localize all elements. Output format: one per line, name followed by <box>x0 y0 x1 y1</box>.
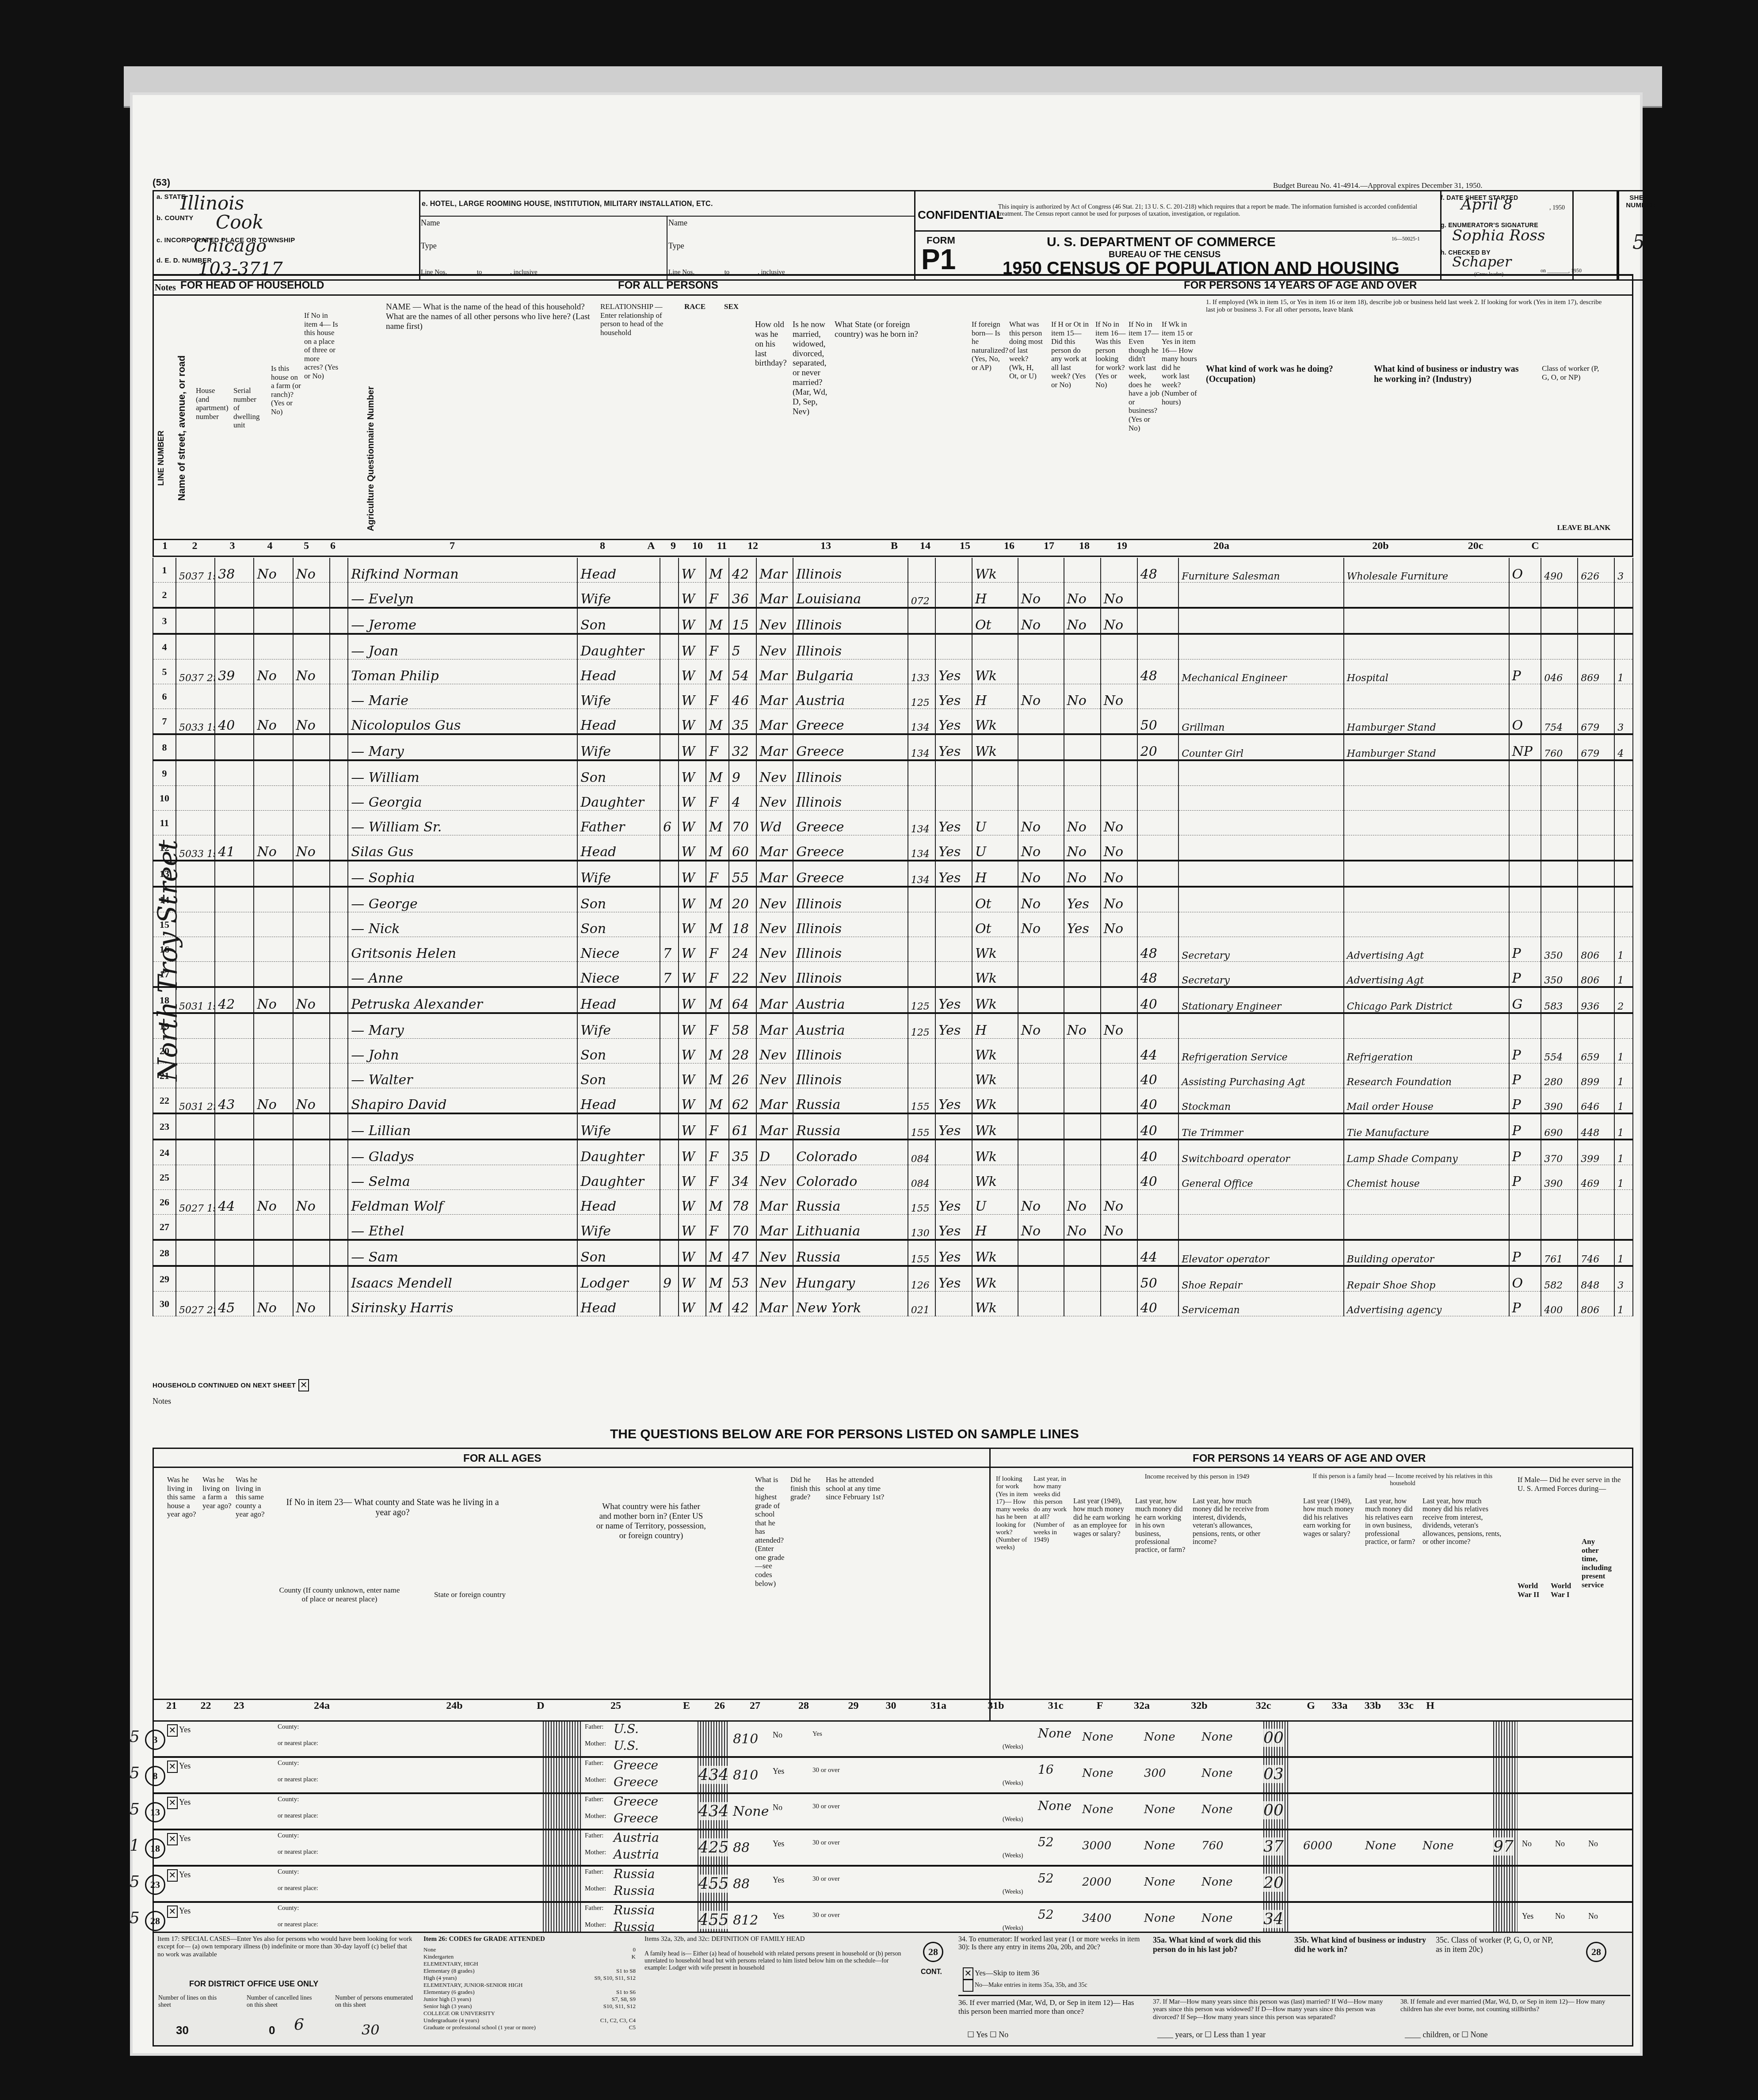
agri-number <box>330 1013 348 1039</box>
name-label: Name <box>421 218 440 228</box>
col-num: 9 <box>660 540 686 552</box>
marital-status: Mar <box>756 709 793 735</box>
code-c3 <box>1614 583 1633 608</box>
q18-has-job <box>1101 1113 1137 1140</box>
age: 70 <box>729 1215 756 1240</box>
serial-number <box>215 1165 254 1190</box>
work-instructions: 1. If employed (Wk in item 15, or Yes in… <box>1206 299 1604 314</box>
cancelled-lines-label: Number of cancelled lines on this sheet <box>247 1995 317 2009</box>
serial-number: 45 <box>215 1292 254 1316</box>
naturalized <box>935 1039 972 1063</box>
col-num: 20b <box>1301 540 1460 552</box>
industry <box>1344 912 1509 937</box>
line-number: 25 <box>153 1165 176 1190</box>
table-row: 27 — Ethel Wife W F 70 Mar Lithuania 130… <box>153 1215 1633 1240</box>
budget-note: Budget Bureau No. 41-4914.—Approval expi… <box>1273 181 1483 190</box>
col-header-sex: SEX <box>724 302 751 311</box>
marital-status: Mar <box>756 861 793 887</box>
leave-blank-a <box>660 1140 679 1165</box>
q17-looking <box>1064 1039 1101 1063</box>
leave-blank-b: 134 <box>908 734 935 760</box>
q16-any-work: No <box>1018 835 1064 861</box>
q16-any-work <box>1018 1240 1064 1266</box>
date-value: April 8 <box>1461 196 1513 213</box>
agri-number <box>330 760 348 786</box>
sex: F <box>706 1113 729 1140</box>
q16-any-work <box>1018 659 1064 684</box>
weeks-worked: 52 <box>1038 1871 1054 1886</box>
industry: Hamburger Stand <box>1344 734 1509 760</box>
col-num: 20c <box>1460 540 1491 552</box>
marital-status: Nev <box>756 1240 793 1266</box>
q18-has-job <box>1101 760 1137 786</box>
naturalized: Yes <box>935 835 972 861</box>
table-row: 25 — Selma Daughter W F 34 Nev Colorado … <box>153 1165 1633 1190</box>
leave-blank-a <box>660 1113 679 1140</box>
race: W <box>679 861 706 887</box>
leave-blank-b <box>908 558 935 583</box>
code-c2: 679 <box>1578 734 1614 760</box>
industry: Hamburger Stand <box>1344 709 1509 735</box>
code-c2: 679 <box>1578 709 1614 735</box>
col-num: 2 <box>176 540 214 552</box>
sample-mark: 5 <box>130 1728 140 1746</box>
agri-number <box>330 734 348 760</box>
occupation <box>1178 634 1344 659</box>
special-cases-note: Item 17: SPECIAL CASES—Enter Yes also fo… <box>157 1936 414 1959</box>
leave-blank-b <box>908 786 935 811</box>
activity <box>972 786 1018 811</box>
occupation <box>1178 887 1344 912</box>
relationship: Wife <box>577 1013 660 1039</box>
relationship: Son <box>577 1039 660 1063</box>
table-row: 3 — Jerome Son W M 15 Nev Illinois Ot No… <box>153 608 1633 634</box>
leave-blank-a <box>660 558 679 583</box>
serial-number <box>215 1240 254 1266</box>
col-header-q17: If No in item 16— Was this person lookin… <box>1095 320 1126 389</box>
hours: 40 <box>1137 1140 1178 1165</box>
birthplace: Illinois <box>793 912 908 937</box>
occupation: Serviceman <box>1178 1292 1344 1316</box>
age: 18 <box>729 912 756 937</box>
checked-on-label: on ________, 1950 <box>1541 267 1582 274</box>
sample-col-num: 23 <box>222 1700 256 1712</box>
q18-has-job: No <box>1101 887 1137 912</box>
farm <box>254 734 293 760</box>
activity: Wk <box>972 987 1018 1013</box>
cancelled-lines-value: 0 <box>269 2024 275 2037</box>
leave-blank-b <box>908 608 935 634</box>
serial-number <box>215 1013 254 1039</box>
q21-checkbox[interactable]: ✕Yes <box>167 1869 191 1882</box>
marital-status: Mar <box>756 558 793 583</box>
leave-blank-b: 133 <box>908 659 935 684</box>
table-row: 10 — Georgia Daughter W F 4 Nev Illinois <box>153 786 1633 811</box>
mother-label: Mother: <box>585 1813 606 1820</box>
leave-blank-b: 125 <box>908 987 935 1013</box>
sample-q29-text: If looking for work (Yes in item 17)— Ho… <box>996 1475 1029 1552</box>
sex: F <box>706 786 729 811</box>
table-row: 5 5037 2nd 39 No No Toman Philip Head W … <box>153 659 1633 684</box>
q36-options[interactable]: ☐ Yes ☐ No <box>967 2030 1008 2039</box>
code-c1 <box>1541 760 1578 786</box>
serial-number <box>215 1140 254 1165</box>
code-c2: 626 <box>1578 558 1614 583</box>
table-row: 26 5027 1st 44 No No Feldman Wolf Head W… <box>153 1190 1633 1215</box>
leave-blank-a <box>660 1240 679 1266</box>
stray-mark: 6 <box>294 2016 304 2034</box>
line-number-header: LINE NUMBER <box>156 431 166 486</box>
code-c2: 806 <box>1578 937 1614 962</box>
finished-grade: Yes <box>773 1767 784 1776</box>
leave-blank-a <box>660 786 679 811</box>
birthplace: Illinois <box>793 760 908 786</box>
code-c1 <box>1541 583 1578 608</box>
birthplace: Colorado <box>793 1140 908 1165</box>
persons-enumerated-label: Number of persons enumerated on this she… <box>335 1995 415 2009</box>
age: 20 <box>729 887 756 912</box>
class-of-worker: P <box>1509 1063 1541 1088</box>
birthplace: Greece <box>793 709 908 735</box>
class-of-worker <box>1509 861 1541 887</box>
code-c1: 280 <box>1541 1063 1578 1088</box>
activity: H <box>972 583 1018 608</box>
house-number <box>176 1215 215 1240</box>
hours <box>1137 811 1178 835</box>
agri-number <box>330 1240 348 1266</box>
q18-has-job <box>1101 1063 1137 1088</box>
naturalized: Yes <box>935 811 972 835</box>
industry: Building operator <box>1344 1240 1509 1266</box>
code-c3: 1 <box>1614 1292 1633 1316</box>
hours: 48 <box>1137 659 1178 684</box>
code-c1 <box>1541 912 1578 937</box>
code-c1: 390 <box>1541 1088 1578 1114</box>
q16-any-work <box>1018 786 1064 811</box>
sample-line-circle: 3 <box>145 1730 165 1750</box>
sex: F <box>706 684 729 709</box>
class-of-worker: NP <box>1509 734 1541 760</box>
occupation <box>1178 684 1344 709</box>
q17-looking <box>1064 1266 1101 1292</box>
q21-checkbox[interactable]: ✕Yes <box>167 1724 191 1737</box>
naturalized: Yes <box>935 1215 972 1240</box>
col-header-marital: Is he now married, widowed, divorced, se… <box>793 320 828 416</box>
relationship: Head <box>577 659 660 684</box>
naturalized: Yes <box>935 1088 972 1114</box>
industry: Tie Manufacture <box>1344 1113 1509 1140</box>
father-label: Father: <box>585 1905 604 1912</box>
acres <box>293 887 330 912</box>
sample-q27-text: Did he finish this grade? <box>790 1475 821 1502</box>
q16-any-work <box>1018 558 1064 583</box>
sample-col-num: 29 <box>835 1700 872 1712</box>
q21-checkbox[interactable]: ✕Yes <box>167 1797 191 1809</box>
mother-country: Russia <box>614 1883 655 1898</box>
table-row: 14 — George Son W M 20 Nev Illinois Ot N… <box>153 887 1633 912</box>
q16-any-work <box>1018 987 1064 1013</box>
sheet-info: f. DATE SHEET STARTED April 8 , 1950 g. … <box>1439 190 1618 281</box>
serial-number <box>215 1266 254 1292</box>
type-label: Type <box>668 241 684 251</box>
person-name: — Evelyn <box>348 583 577 608</box>
house-number <box>176 684 215 709</box>
income-other: None <box>1201 1803 1233 1816</box>
income-other: None <box>1201 1875 1233 1889</box>
q17-looking: No <box>1064 1215 1101 1240</box>
marital-status: Nev <box>756 1165 793 1190</box>
code-c2: 936 <box>1578 987 1614 1013</box>
person-name: — Ethel <box>348 1215 577 1240</box>
code-c3: 3 <box>1614 1266 1633 1292</box>
serial-number <box>215 583 254 608</box>
print-code: 16—50025-1 <box>1392 236 1420 242</box>
class-of-worker <box>1509 634 1541 659</box>
activity: Wk <box>972 1140 1018 1165</box>
relationship: Son <box>577 887 660 912</box>
q38-options[interactable]: ____ children, or ☐ None <box>1405 2030 1488 2039</box>
sample-q32b-text: Last year, how much money did his relati… <box>1365 1498 1418 1546</box>
code-e: 434 <box>698 1802 729 1820</box>
farm <box>254 1240 293 1266</box>
leave-blank-a <box>660 1039 679 1063</box>
mother-country: Greece <box>614 1811 658 1826</box>
code-c1 <box>1541 1215 1578 1240</box>
line-number: 11 <box>153 811 176 835</box>
code-c1: 754 <box>1541 709 1578 735</box>
farm <box>254 962 293 987</box>
attended-school: 30 or over <box>812 1912 840 1919</box>
class-of-worker: P <box>1509 1113 1541 1140</box>
age: 46 <box>729 684 756 709</box>
hours <box>1137 835 1178 861</box>
marital-status: Nev <box>756 912 793 937</box>
birthplace: New York <box>793 1292 908 1316</box>
sex: F <box>706 583 729 608</box>
industry: Research Foundation <box>1344 1063 1509 1088</box>
activity: Wk <box>972 659 1018 684</box>
occupation: Tie Trimmer <box>1178 1113 1344 1140</box>
leave-blank-b: 021 <box>908 1292 935 1316</box>
leave-blank-a <box>660 684 679 709</box>
q16-any-work <box>1018 1165 1064 1190</box>
sample-col-num: 30 <box>872 1700 910 1712</box>
sample-col-num: 21 <box>154 1700 189 1712</box>
person-name: Shapiro David <box>348 1088 577 1114</box>
q17-looking: No <box>1064 684 1101 709</box>
code-c2: 659 <box>1578 1039 1614 1063</box>
house-number: 5033 1st <box>176 709 215 735</box>
col-num: 17 <box>1031 540 1067 552</box>
col-header-activity: What was this person doing most of last … <box>1009 320 1045 381</box>
sample-q31b-text: Last year, how much money did he earn wo… <box>1135 1498 1188 1555</box>
q18-has-job: No <box>1101 1013 1137 1039</box>
code-c1 <box>1541 811 1578 835</box>
q21-checkbox[interactable]: ✕Yes <box>167 1761 191 1773</box>
sample-col-num: D <box>521 1700 561 1712</box>
father-country: U.S. <box>614 1722 639 1736</box>
race: W <box>679 709 706 735</box>
relationship: Head <box>577 987 660 1013</box>
weeks-label: (Weeks) <box>1003 1816 1023 1823</box>
code-c3: 1 <box>1614 1039 1633 1063</box>
sample-col-num: 31a <box>910 1700 967 1712</box>
income-wages: None <box>1082 1730 1114 1744</box>
birthplace: Illinois <box>793 962 908 987</box>
naturalized: Yes <box>935 861 972 887</box>
class-of-worker <box>1509 1013 1541 1039</box>
code-c1: 400 <box>1541 1292 1578 1316</box>
serial-number <box>215 811 254 835</box>
sex: M <box>706 1240 729 1266</box>
occupation <box>1178 786 1344 811</box>
age: 34 <box>729 1165 756 1190</box>
code-c1: 761 <box>1541 1240 1578 1266</box>
birthplace: Illinois <box>793 937 908 962</box>
house-number <box>176 861 215 887</box>
house-number <box>176 583 215 608</box>
code-c1: 582 <box>1541 1266 1578 1292</box>
class-of-worker: P <box>1509 1165 1541 1190</box>
leave-blank-a <box>660 760 679 786</box>
leave-blank-b <box>908 962 935 987</box>
leave-blank-d <box>543 1830 583 1865</box>
line-number: 15 <box>153 912 176 937</box>
age: 53 <box>729 1266 756 1292</box>
race: W <box>679 1190 706 1215</box>
sample-q22-text: Was he living on a farm a year ago? <box>202 1475 233 1510</box>
age: 28 <box>729 1039 756 1063</box>
relationship: Daughter <box>577 1165 660 1190</box>
naturalized: Yes <box>935 734 972 760</box>
code-c2 <box>1578 786 1614 811</box>
sample-q26-text: What is the highest grade of school that… <box>755 1475 786 1588</box>
hours: 40 <box>1137 1063 1178 1088</box>
sample-line-circle: 18 <box>145 1838 165 1859</box>
house-number <box>176 1165 215 1190</box>
q17-looking <box>1064 760 1101 786</box>
agri-number <box>330 583 348 608</box>
grade-attended: 88 <box>733 1876 750 1892</box>
race: W <box>679 1013 706 1039</box>
q17-looking <box>1064 1113 1101 1140</box>
acres <box>293 1140 330 1165</box>
agri-number <box>330 962 348 987</box>
line-number: 22 <box>153 1088 176 1114</box>
q34-no-option[interactable]: No—Make entries in items 35a, 35b, and 3… <box>963 1979 1087 1992</box>
confidential-text: This inquiry is authorized by Act of Con… <box>998 204 1436 218</box>
code-c1: 760 <box>1541 734 1578 760</box>
place-value: Chicago <box>194 236 267 256</box>
income-business: 300 <box>1144 1767 1166 1780</box>
q21-checkbox[interactable]: ✕Yes <box>167 1906 191 1918</box>
race: W <box>679 659 706 684</box>
acres <box>293 760 330 786</box>
code-c3: 1 <box>1614 1113 1633 1140</box>
activity: Wk <box>972 1165 1018 1190</box>
hours: 40 <box>1137 1292 1178 1316</box>
serial-number <box>215 608 254 634</box>
code-c1: 490 <box>1541 558 1578 583</box>
line-number: 17 <box>153 962 176 987</box>
acres <box>293 1266 330 1292</box>
q34-yes-option[interactable]: ✕Yes—Skip to item 36 <box>963 1967 1039 1980</box>
sex: F <box>706 1215 729 1240</box>
farm: No <box>254 659 293 684</box>
line-number: 27 <box>153 1215 176 1240</box>
relationship: Son <box>577 912 660 937</box>
num-lines-label: Number of lines on this sheet <box>158 1995 229 2009</box>
q17-looking: No <box>1064 835 1101 861</box>
line-number: 20 <box>153 1039 176 1063</box>
race: W <box>679 583 706 608</box>
marital-status: Mar <box>756 583 793 608</box>
relationship: Niece <box>577 937 660 962</box>
notes-label-2: Notes <box>153 1397 171 1406</box>
relatives-wages: 6000 <box>1303 1839 1332 1852</box>
relationship: Wife <box>577 861 660 887</box>
sample-col-num: G <box>1299 1700 1323 1712</box>
code-f: 00 <box>1263 1729 1284 1747</box>
grade-code-item: Graduate or professional school (1 year … <box>423 2024 636 2031</box>
finished-grade: Yes <box>773 1839 784 1848</box>
farm <box>254 861 293 887</box>
table-row: 4 — Joan Daughter W F 5 Nev Illinois <box>153 634 1633 659</box>
q37-options[interactable]: ____ years, or ☐ Less than 1 year <box>1157 2030 1266 2039</box>
person-name: — William Sr. <box>348 811 577 835</box>
person-name: — George <box>348 887 577 912</box>
q36-text: 36. If ever married (Mar, Wd, D, or Sep … <box>958 1998 1144 2016</box>
sample-col-num: 31c <box>1025 1700 1087 1712</box>
farm <box>254 1215 293 1240</box>
household-continued-checkbox[interactable]: ✕ <box>298 1379 309 1391</box>
col-header-occupation: What kind of work was he doing? (Occupat… <box>1206 364 1361 385</box>
relationship: Wife <box>577 1215 660 1240</box>
industry <box>1344 1215 1509 1240</box>
code-c3 <box>1614 835 1633 861</box>
institution-col-1: Name Type Line Nos. ________ to ________… <box>419 216 667 281</box>
q17-looking <box>1064 1165 1101 1190</box>
age: 64 <box>729 987 756 1013</box>
q18-has-job: No <box>1101 835 1137 861</box>
occupation: Mechanical Engineer <box>1178 659 1344 684</box>
income-business: None <box>1144 1875 1175 1889</box>
q16-any-work <box>1018 1292 1064 1316</box>
code-e: 455 <box>698 1875 729 1893</box>
sample-col-num: 24b <box>388 1700 521 1712</box>
form-id: P1 <box>921 245 956 274</box>
house-number <box>176 634 215 659</box>
q21-checkbox[interactable]: ✕Yes <box>167 1833 191 1845</box>
class-of-worker <box>1509 786 1541 811</box>
q17-looking <box>1064 962 1101 987</box>
leave-blank-a: 7 <box>660 937 679 962</box>
q16-any-work <box>1018 937 1064 962</box>
sample-col-num: 31b <box>967 1700 1025 1712</box>
occupation <box>1178 583 1344 608</box>
q35b-text: 35b. What kind of business or industry d… <box>1294 1936 1427 1954</box>
industry: Advertising Agt <box>1344 962 1509 987</box>
class-of-worker <box>1509 760 1541 786</box>
code-c1 <box>1541 684 1578 709</box>
table-row: 1 5037 1st 38 No No Rifkind Norman Head … <box>153 558 1633 583</box>
sample-mark: 5 <box>130 1873 140 1891</box>
industry: Advertising Agt <box>1344 937 1509 962</box>
ww1-service: No <box>1555 1839 1565 1848</box>
naturalized <box>935 558 972 583</box>
q34-text: 34. To enumerator: If worked last year (… <box>958 1936 1144 1952</box>
mother-label: Mother: <box>585 1885 606 1893</box>
